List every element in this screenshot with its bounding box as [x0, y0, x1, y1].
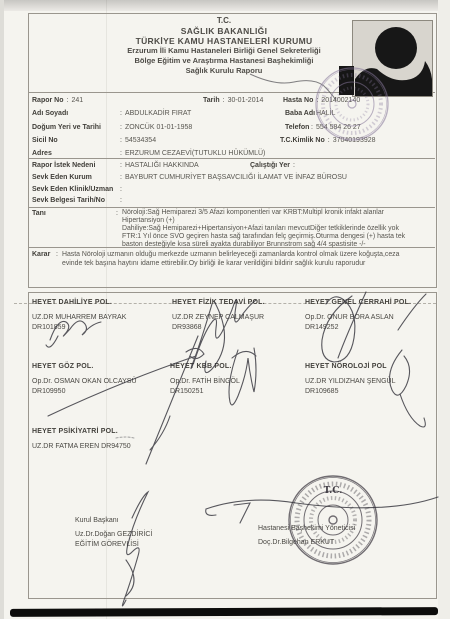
field-calistigi-yer-label: Çalıştığı Yer — [250, 161, 290, 170]
colon: : — [328, 136, 330, 145]
colon: : — [120, 109, 122, 118]
field-adi-soyadi-value: ABDULKADİR FIRAT — [125, 109, 191, 118]
colon: : — [67, 96, 69, 105]
scan-edge-right — [438, 0, 450, 619]
sig-doctor-reg: DR150251 — [170, 388, 240, 396]
tani-line: Hipertansiyon (+) — [122, 217, 438, 225]
sig-doctor-reg: DR149252 — [305, 324, 411, 332]
tani-line: FTR:1 Yıl önce SVO geçiren hasta sağ tar… — [122, 233, 438, 241]
sig-title: HEYET GÖZ POL. — [32, 363, 137, 371]
field-calistigi-yer: Çalıştığı Yer: — [250, 161, 298, 170]
photo-redaction-bar — [339, 66, 354, 95]
field-rapor-no-label: Rapor No — [32, 96, 64, 105]
karar-label: Karar — [32, 250, 50, 259]
colon: : — [316, 96, 318, 105]
field-rapor-no: Rapor No:241 — [32, 96, 83, 105]
official-name: Doç.Dr.Bilgehan ERKUT — [258, 539, 355, 547]
colon: : — [311, 109, 313, 118]
tani-label-text: Tanı — [32, 209, 46, 218]
field-sevk-klinik-label: Sevk Eden Klinik/Uzman — [32, 185, 117, 194]
field-dogum: Doğum Yeri ve Tarihi:ZONCÜK 01-01-1958 — [32, 123, 192, 132]
karar-line: evinde tek başına haytını idame ettirebi… — [62, 259, 434, 268]
colon: : — [120, 196, 122, 205]
field-adres-label: Adres — [32, 149, 117, 158]
field-sevk-belgesi: Sevk Belgesi Tarih/No: — [32, 196, 125, 205]
colon: : — [116, 209, 118, 218]
field-sevk-kurum-label: Sevk Eden Kurum — [32, 173, 117, 182]
field-tc-kimlik-label: T.C.Kimlik No — [280, 136, 325, 145]
sig-title: HEYET NÖROLOJİ POL — [305, 363, 396, 371]
colon: : — [223, 96, 225, 105]
field-tc-kimlik: T.C.Kimlik No:37040193928 — [280, 136, 376, 145]
sig-block-dahiliye: HEYET DAHİLİYE POL. UZ.DR MUHARREM BAYRA… — [32, 299, 126, 332]
field-adres: Adres:ERZURUM CEZAEVİ(TUTUKLU HÜKÜMLÜ) — [32, 149, 265, 158]
sig-doctor-reg: DR109950 — [32, 388, 137, 396]
scan-edge-top — [0, 0, 450, 11]
scan-edge-left — [0, 0, 4, 619]
field-hasta-no-value: 2014002140 — [321, 96, 360, 105]
sig-doctor-name: Op.Dr. OSMAN OKAN OLCAYSÜ — [32, 378, 137, 386]
sig-block-goz: HEYET GÖZ POL. Op.Dr. OSMAN OKAN OLCAYSÜ… — [32, 363, 137, 396]
colon: : — [120, 161, 122, 170]
field-sevk-belgesi-label: Sevk Belgesi Tarih/No — [32, 196, 117, 205]
sig-doctor-name: UZ.DR ZEYNEP ÇALMAŞUR — [172, 314, 265, 322]
rule-tani-top — [28, 207, 435, 208]
tani-line: Dahiliye:Sağ Hemiparezi+Hipertansiyon+Af… — [122, 225, 438, 233]
official-kurul-baskani: Kurul Başkanı Uz.Dr.Doğan GEZDİRİCİ EĞİT… — [75, 517, 152, 549]
field-hasta-no: Hasta No:2014002140 — [283, 96, 360, 105]
field-tarih-label: Tarih — [203, 96, 220, 105]
official-title: EĞİTİM GÖREVLİSİ — [75, 541, 152, 549]
colon: : — [293, 161, 295, 170]
sig-doctor-name: UZ.DR MUHARREM BAYRAK — [32, 314, 126, 322]
scanned-health-board-report: T.C. SAĞLIK BAKANLIĞI TÜRKİYE KAMU HASTA… — [0, 0, 450, 619]
sig-doctor-reg: DR93868 — [172, 324, 265, 332]
field-baba-adi-label: Baba Adı — [285, 109, 308, 118]
field-adi-soyadi: Adı Soyadı:ABDULKADİR FIRAT — [32, 109, 191, 118]
field-rapor-no-value: 241 — [71, 96, 83, 105]
sig-doctor-name: Op.Dr. ONUR BORA ASLAN — [305, 314, 411, 322]
official-bashekim: Hastanesi Başhekimi Yöneticisi Doç.Dr.Bi… — [258, 525, 355, 547]
field-telefon: Telefon:554 584 26 27 — [285, 123, 361, 132]
official-role: Kurul Başkanı — [75, 517, 152, 525]
sig-block-fizik-tedavi: HEYET FİZİK TEDAVİ POL. UZ.DR ZEYNEP ÇAL… — [172, 299, 265, 332]
sig-title: HEYET FİZİK TEDAVİ POL. — [172, 299, 265, 307]
field-sicil-no: Sicil No:54534354 — [32, 136, 156, 145]
tani-colon: : — [116, 209, 118, 218]
sig-block-kbb: HEYET KBB POL. Op.Dr. FATİH BİNGÖL DR150… — [170, 363, 240, 396]
colon: : — [120, 185, 122, 194]
field-rapor-istek: Rapor İstek Nedeni:HASTALIĞI HAKKINDA — [32, 161, 199, 170]
tani-line: Nöroloji:Sağ Hemiparezi 3/5 Afazi kompon… — [122, 209, 438, 217]
sig-doctor-name: Op.Dr. FATİH BİNGÖL — [170, 378, 240, 386]
official-name: Uz.Dr.Doğan GEZDİRİCİ — [75, 531, 152, 539]
karar-text: Hasta Nöroloji uzmanın olduğu merkezde u… — [62, 250, 434, 268]
sig-block-genel-cerrahi: HEYET GENEL CERRAHİ POL. Op.Dr. ONUR BOR… — [305, 299, 411, 332]
colon: : — [120, 173, 122, 182]
field-rapor-istek-label: Rapor İstek Nedeni — [32, 161, 117, 170]
sig-doctor-name: UZ.DR YILDIZHAN ŞENGÜL — [305, 378, 396, 386]
field-sicil-no-value: 54534354 — [125, 136, 156, 145]
rule-under-info — [28, 158, 435, 159]
field-adres-value: ERZURUM CEZAEVİ(TUTUKLU HÜKÜMLÜ) — [125, 149, 265, 158]
sig-title: HEYET GENEL CERRAHİ POL. — [305, 299, 411, 307]
field-sicil-no-label: Sicil No — [32, 136, 117, 145]
karar-label-text: Karar — [32, 250, 50, 259]
field-tarih-value: 30-01-2014 — [228, 96, 264, 105]
field-baba-adi: Baba Adı:HALİL — [285, 109, 335, 118]
field-tarih: Tarih:30-01-2014 — [203, 96, 263, 105]
field-rapor-istek-value: HASTALIĞI HAKKINDA — [125, 161, 199, 170]
field-tc-kimlik-value: 37040193928 — [333, 136, 376, 145]
sig-title: HEYET KBB POL. — [170, 363, 240, 371]
field-telefon-label: Telefon — [285, 123, 308, 132]
official-role: Hastanesi Başhekimi Yöneticisi — [258, 525, 355, 533]
field-sevk-klinik: Sevk Eden Klinik/Uzman: — [32, 185, 125, 194]
tani-text: Nöroloji:Sağ Hemiparezi 3/5 Afazi kompon… — [122, 209, 438, 249]
sig-block-noroloji: HEYET NÖROLOJİ POL UZ.DR YILDIZHAN ŞENGÜ… — [305, 363, 396, 396]
patient-photo — [352, 20, 433, 97]
field-sevk-kurum-value: BAYBURT CUMHURİYET BAŞSAVCILIĞI İLAMAT V… — [125, 173, 347, 182]
sig-doctor-reg: DR109685 — [305, 388, 396, 396]
tani-label: Tanı — [32, 209, 46, 218]
colon: : — [120, 123, 122, 132]
karar-line: Hasta Nöroloji uzmanın olduğu merkezde u… — [62, 250, 434, 259]
field-dogum-value: ZONCÜK 01-01-1958 — [125, 123, 192, 132]
sig-title: HEYET PSİKİYATRİ POL. — [32, 428, 131, 436]
sig-block-psikiyatri: HEYET PSİKİYATRİ POL. UZ.DR FATMA EREN D… — [32, 428, 131, 451]
field-hasta-no-label: Hasta No — [283, 96, 313, 105]
colon: : — [56, 250, 58, 259]
photo-silhouette — [353, 21, 432, 96]
sig-doctor-reg: DR101859 — [32, 324, 126, 332]
karar-colon: : — [56, 250, 58, 259]
colon: : — [120, 149, 122, 158]
tani-line: baston desteğiyle kısa süreli ayakta dur… — [122, 241, 438, 249]
sig-title: HEYET DAHİLİYE POL. — [32, 299, 126, 307]
field-sevk-kurum: Sevk Eden Kurum:BAYBURT CUMHURİYET BAŞSA… — [32, 173, 347, 182]
colon: : — [311, 123, 313, 132]
field-telefon-value: 554 584 26 27 — [316, 123, 361, 132]
field-baba-adi-value: HALİL — [316, 109, 335, 118]
field-adi-soyadi-label: Adı Soyadı — [32, 109, 117, 118]
sig-doctor-name: UZ.DR FATMA EREN DR94750 — [32, 443, 131, 451]
field-dogum-label: Doğum Yeri ve Tarihi — [32, 123, 117, 132]
scan-bottom-shadow-band — [10, 607, 438, 617]
colon: : — [120, 136, 122, 145]
